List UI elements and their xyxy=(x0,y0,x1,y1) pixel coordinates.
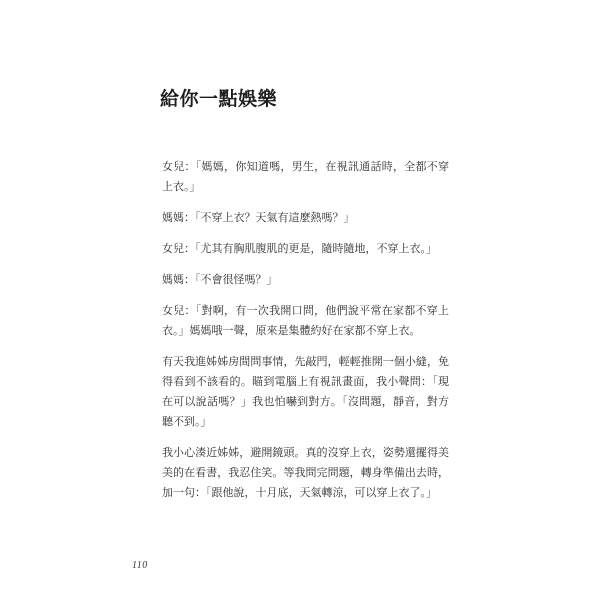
body-text-block: 女兒：「媽媽，你知道嗎，男生，在視訊通話時，全都不穿上衣。」 媽媽：「不穿上衣？… xyxy=(162,157,449,514)
chapter-title: 給你一點娛樂 xyxy=(160,84,277,111)
body-paragraph: 女兒：「對啊，有一次我開口問，他們說平常在家都不穿上衣。」媽媽哦一聲，原來是集體… xyxy=(162,301,449,341)
book-page: 給你一點娛樂 女兒：「媽媽，你知道嗎，男生，在視訊通話時，全都不穿上衣。」 媽媽… xyxy=(0,0,609,609)
body-paragraph: 媽媽：「不穿上衣？天氣有這麼熱嗎？」 xyxy=(162,208,449,228)
page-number: 110 xyxy=(132,560,148,571)
body-paragraph: 有天我進姊姊房間問事情，先敲門，輕輕推開一個小縫，免得看到不該看的。瞄到電腦上有… xyxy=(162,352,449,432)
body-paragraph: 媽媽：「不會很怪嗎？」 xyxy=(162,270,449,290)
body-paragraph: 我小心湊近姊姊，避開鏡頭。真的沒穿上衣，姿勢還擺得美美的在看書，我忍住笑。等我問… xyxy=(162,443,449,503)
body-paragraph: 女兒：「媽媽，你知道嗎，男生，在視訊通話時，全都不穿上衣。」 xyxy=(162,157,449,197)
body-paragraph: 女兒：「尤其有胸肌腹肌的更是，隨時隨地，不穿上衣。」 xyxy=(162,239,449,259)
